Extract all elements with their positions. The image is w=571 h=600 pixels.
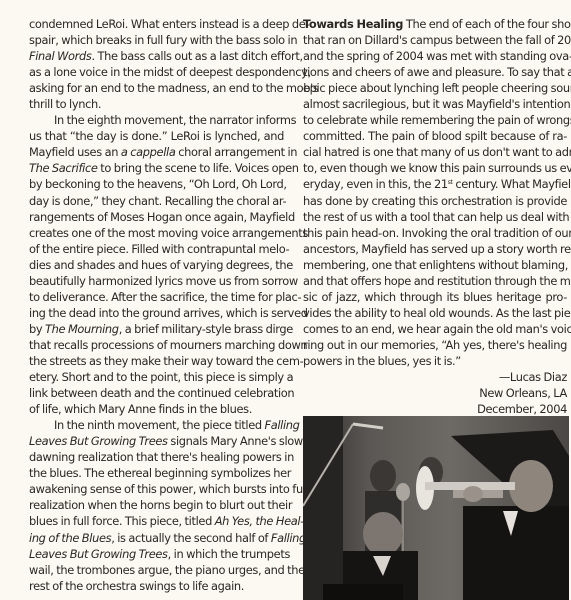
left_column-line: Final Words. The bass calls out as a las… [29, 48, 284, 64]
left_column-line: of the entire piece. Filled with contrap… [29, 241, 284, 257]
left-column: condemned LeRoi. What enters instead is … [29, 16, 284, 594]
right_column-line: this pain head-on. Invoking the oral tra… [303, 225, 567, 241]
right_column-line: cial hatred is one that many of us don't… [303, 144, 567, 160]
left_column-line: condemned LeRoi. What enters instead is … [29, 16, 284, 32]
right_column-line: that ran on Dillard's campus between the… [303, 32, 567, 48]
left_column-line: rangements of Moses Hogan once again, Ma… [29, 209, 284, 225]
right-column: Towards Healing The end of each of the f… [303, 16, 567, 417]
left_column-line: the streets as they make their way towar… [29, 353, 284, 369]
left_column-line: The Sacrifice to bring the scene to life… [29, 160, 284, 176]
right_column-line: comes to an end, we hear again the old m… [303, 321, 567, 337]
left_column-line: us that “the day is done.” LeRoi is lync… [29, 128, 284, 144]
signature-date: December, 2004 [303, 401, 567, 417]
left_column-line: etery. Short and to the point, this piec… [29, 369, 284, 385]
left_column-line: realization when the horns begin to blur… [29, 497, 284, 513]
left_column-line: blues in full force. This piece, titled … [29, 513, 284, 529]
right_column-line: Towards Healing The end of each of the f… [303, 16, 567, 32]
photo-image [303, 416, 569, 600]
left_column-line: creates one of the most moving voice arr… [29, 225, 284, 241]
left_column-line: day is done,” they chant. Recalling the … [29, 193, 284, 209]
right_column-line: tions and cheers of awe and pleasure. To… [303, 64, 567, 80]
left_column-line: by The Mourning, a brief military-style … [29, 321, 284, 337]
right_column-line: and the spring of 2004 was met with stan… [303, 48, 567, 64]
left_column-line: thrill to lynch. [29, 96, 284, 112]
left_column-line: link between death and the continued cel… [29, 385, 284, 401]
left_column-line: asking for an end to the madness, an end… [29, 80, 284, 96]
signature-author: —Lucas Diaz [303, 369, 567, 385]
right_column-line: membering, one that enlightens without b… [303, 257, 567, 273]
right_column-line: to celebrate while remembering the pain … [303, 112, 567, 128]
left_column-line: the blues. The ethereal beginning symbol… [29, 465, 284, 481]
right_column-line: powers in the blues, yes it is.” [303, 353, 567, 369]
right_column-line: and that offers hope and restitution thr… [303, 273, 567, 289]
left_column-line: rest of the orchestra swings to life aga… [29, 578, 284, 594]
left_column-line: In the eighth movement, the narrator inf… [29, 112, 284, 128]
left_column-line: of life, which Mary Anne finds in the bl… [29, 401, 284, 417]
left_column-line: as a lone voice in the midst of deepest … [29, 64, 284, 80]
left_column-line: wail, the trombones argue, the piano urg… [29, 562, 284, 578]
left_column-line: dawning realization that there's healing… [29, 449, 284, 465]
left_column-line: dies and shades and hues of varying degr… [29, 257, 284, 273]
right_column-line: almost sacrilegious, but it was Mayfield… [303, 96, 567, 112]
left_column-line: spair, which breaks in full fury with th… [29, 32, 284, 48]
left_column-line: awakening sense of this power, which bur… [29, 481, 284, 497]
right_column-line: the rest of us with a tool that can help… [303, 209, 567, 225]
left_column-line: ing of the Blues, is actually the second… [29, 530, 284, 546]
left_column-line: Leaves But Growing Trees signals Mary An… [29, 433, 284, 449]
left_column-line: by beckoning to the heavens, “Oh Lord, O… [29, 176, 284, 192]
trumpet-player-photo [303, 416, 569, 600]
right_column-line: epic piece about lynching left people ch… [303, 80, 567, 96]
right_column-line: to, even though we know this pain surrou… [303, 160, 567, 176]
signature-location: New Orleans, LA [303, 385, 567, 401]
right_column-line: ancestors, Mayfield has served up a stor… [303, 241, 567, 257]
right_column-line: eryday, even in this, the 21st century. … [303, 176, 567, 192]
document-page: condemned LeRoi. What enters instead is … [0, 0, 571, 600]
right_column-line: committed. The pain of blood spilt becau… [303, 128, 567, 144]
right_column-line: ring out in our memories, “Ah yes, there… [303, 337, 567, 353]
towards-healing-section: Towards Healing The end of each of the f… [303, 16, 567, 369]
left_column-line: Mayfield uses an a cappella choral arran… [29, 144, 284, 160]
right_column-line: vides the ability to heal old wounds. As… [303, 305, 567, 321]
left_column-line: Leaves But Growing Trees, in which the t… [29, 546, 284, 562]
left_column-line: beautifully harmonized lyrics move us fr… [29, 273, 284, 289]
section-heading: Towards Healing [303, 17, 403, 31]
right_column-line: sic of jazz, which through its blues her… [303, 289, 567, 305]
right_column-line: has done by creating this orchestration … [303, 193, 567, 209]
left_column-line: In the ninth movement, the piece titled … [29, 417, 284, 433]
left_column-line: to deliverance. After the sacrifice, the… [29, 289, 284, 305]
left_column-line: that recalls processions of mourners mar… [29, 337, 284, 353]
left_column-line: ing the dead into the ground arrives, wh… [29, 305, 284, 321]
